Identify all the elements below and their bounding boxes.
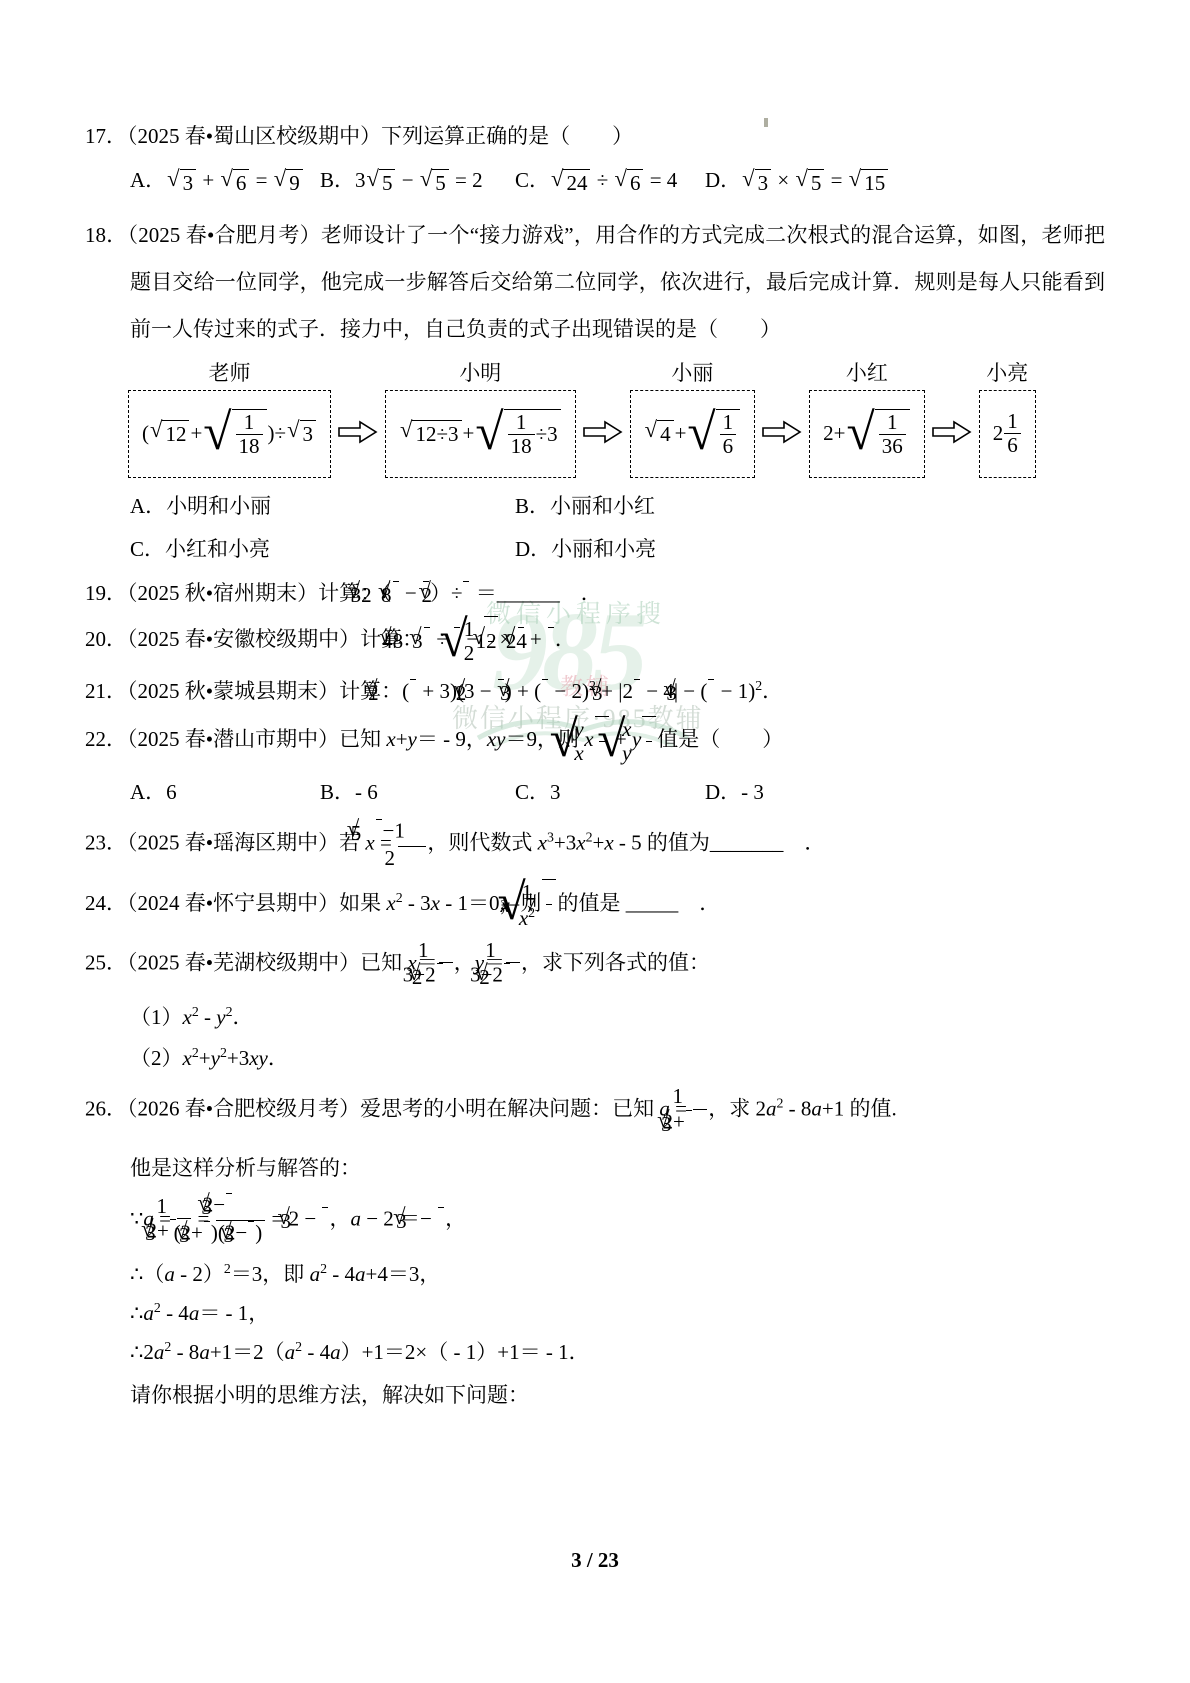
relay-step-xiaoliang: 小亮 216 bbox=[979, 357, 1036, 478]
q24-stem: 24．（2024 春•怀宁县期中）如果 x2 - 3x - 1＝0，则√x2 +… bbox=[85, 879, 1105, 931]
q26-step4: ∴2a2 - 8a+1＝2（a2 - 4a）+1＝2×（ - 1）+1＝ - 1… bbox=[130, 1336, 1105, 1366]
relay-box-xiaoliang: 216 bbox=[979, 390, 1036, 478]
relay-box-xiaoli: √4+√16 bbox=[630, 390, 756, 478]
q26-step1: ∵a = 12+√3 = 2−√3(2+√3)(2−√3) = 2 − √3，a… bbox=[130, 1193, 1105, 1248]
q17-option-b: B．3√5 − √5 = 2 bbox=[320, 164, 515, 196]
q17-option-c: C．√24 ÷ √6 = 4 bbox=[515, 164, 705, 196]
relay-step-xiaoli: 小丽 √4+√16 bbox=[630, 357, 756, 478]
q18-option-d: D．小丽和小亮 bbox=[515, 533, 1105, 563]
q22-options: A．6 B．- 6 C．3 D．- 3 bbox=[130, 776, 1105, 806]
q25-stem: 25．（2025 春•芜湖校级期中）已知 x＝13+2√2，y＝13−2√2，求… bbox=[85, 939, 1105, 991]
q23-stem: 23．（2025 春•瑶海区期中）若 x = √5−12，则代数式 x3+3x2… bbox=[85, 819, 1105, 871]
relay-box-teacher: (√12+√118)÷√3 bbox=[128, 390, 331, 478]
arrow-right-icon bbox=[583, 420, 623, 444]
q22-option-a: A．6 bbox=[130, 776, 320, 806]
q20-stem: 20．（2025 春•安徽校级期中）计算：√48 ÷ √3 − √12× √12… bbox=[85, 616, 1105, 666]
relay-label-xiaoli: 小丽 bbox=[671, 357, 713, 387]
relay-label-xiaoliang: 小亮 bbox=[986, 357, 1028, 387]
q21-stem: 21．（2025 秋•蒙城县期末）计算：(√2 + 3)(3 − √2) + (… bbox=[85, 675, 1105, 707]
q18-options-row2: C．小红和小亮 D．小丽和小亮 bbox=[130, 533, 1105, 563]
q19-stem: 19．（2025 秋•宿州期末）计算：（√32 − √8）÷√2 ＝______… bbox=[85, 577, 1105, 609]
arrow-right-icon bbox=[338, 420, 378, 444]
relay-box-xiaohong: 2+√136 bbox=[809, 390, 925, 478]
q26-stem: 26．（2026 春•合肥校级月考）爱思考的小明在解决问题：已知 a = 12+… bbox=[85, 1085, 1105, 1137]
q22-option-d: D．- 3 bbox=[705, 776, 1105, 806]
q18-stem: 18．（2025 春•合肥月考）老师设计了一个“接力游戏”，用合作的方式完成二次… bbox=[85, 212, 1105, 353]
q17-stem: 17．（2025 春•蜀山区校级期中）下列运算正确的是（ ） bbox=[85, 120, 1105, 150]
relay-label-xiaoming: 小明 bbox=[459, 357, 501, 387]
relay-label-xiaohong: 小红 bbox=[846, 357, 888, 387]
document-content: 17．（2025 春•蜀山区校级期中）下列运算正确的是（ ） A．√3 + √6… bbox=[0, 0, 1190, 1683]
q22-option-c: C．3 bbox=[515, 776, 705, 806]
arrow-right-icon bbox=[762, 420, 802, 444]
relay-step-xiaohong: 小红 2+√136 bbox=[809, 357, 925, 478]
relay-label-teacher: 老师 bbox=[209, 357, 251, 387]
q26-step2: ∴（a - 2）2＝3，即 a2 - 4a+4＝3， bbox=[130, 1258, 1105, 1288]
q18-option-b: B．小丽和小红 bbox=[515, 490, 1105, 520]
relay-box-xiaoming: √12÷3+√118÷3 bbox=[385, 390, 576, 478]
q18-options-row1: A．小明和小丽 B．小丽和小红 bbox=[130, 490, 1105, 520]
page-number: 3 / 23 bbox=[0, 1548, 1190, 1573]
q26-closing: 请你根据小明的思维方法，解决如下问题： bbox=[130, 1379, 1105, 1409]
q18-option-a: A．小明和小丽 bbox=[130, 490, 515, 520]
q17-options: A．√3 + √6 = √9 B．3√5 − √5 = 2 C．√24 ÷ √6… bbox=[130, 164, 1105, 196]
relay-step-teacher: 老师 (√12+√118)÷√3 bbox=[128, 357, 331, 478]
q26-analysis-intro: 他是这样分析与解答的： bbox=[130, 1152, 1105, 1182]
worksheet-page: { "page": { "footer": "3 / 23" }, "water… bbox=[0, 0, 1190, 1683]
arrow-right-icon bbox=[932, 420, 972, 444]
q25-part1: （1）x2 - y2． bbox=[130, 1001, 1105, 1031]
q18-relay-diagram: 老师 (√12+√118)÷√3 小明 √12÷3+√118÷3 小丽 √4+√… bbox=[128, 357, 1105, 478]
q18-option-c: C．小红和小亮 bbox=[130, 533, 515, 563]
q22-stem: 22．（2025 春•潜山市期中）已知 x+y＝ - 9，xy＝9，则 x√yx… bbox=[85, 716, 1105, 766]
q17-option-d: D．√3 × √5 = √15 bbox=[705, 164, 1105, 196]
q26-step3: ∴a2 - 4a＝ - 1， bbox=[130, 1297, 1105, 1327]
q22-option-b: B．- 6 bbox=[320, 776, 515, 806]
q17-option-a: A．√3 + √6 = √9 bbox=[130, 164, 320, 196]
q25-part2: （2）x2+y2+3xy． bbox=[130, 1042, 1105, 1072]
relay-step-xiaoming: 小明 √12÷3+√118÷3 bbox=[385, 357, 576, 478]
